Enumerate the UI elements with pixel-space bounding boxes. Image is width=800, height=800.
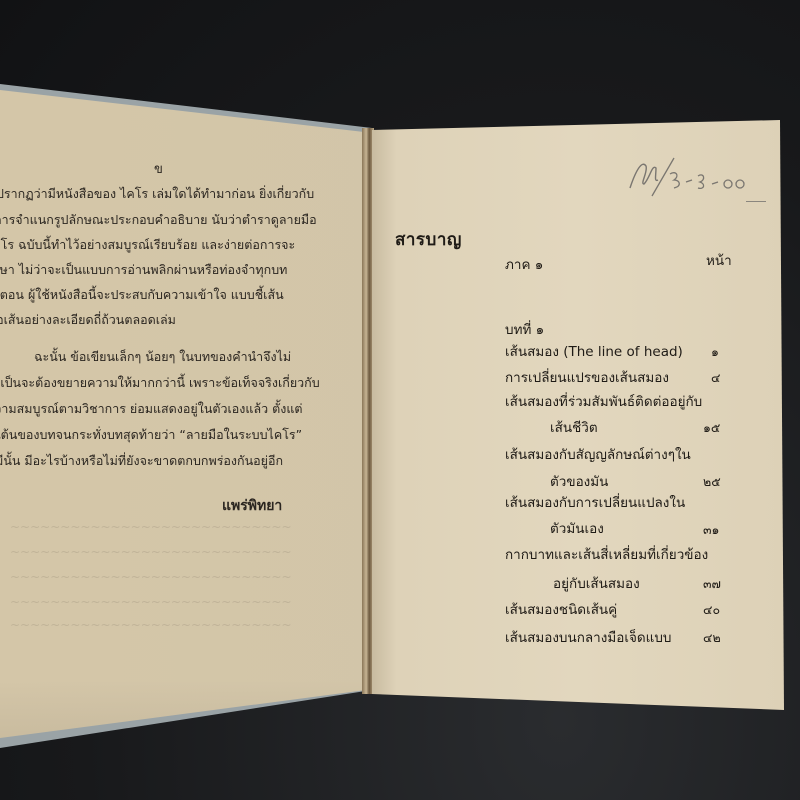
bleed-through-text: ~~~~~~~~~~~~~~~~~~~~~~~~~~~~ (10, 570, 292, 584)
toc-entry-page: ๓๑ (703, 520, 719, 540)
preface-signature: แพร่พิทยา (222, 495, 282, 517)
toc-entry-continuation: อยู่กับเส้นสมอง (553, 572, 640, 594)
toc-entry-continuation: เส้นชีวิต (550, 416, 598, 438)
left-page-marker: ข (154, 158, 163, 179)
preface-line: ปรากฏว่ามีหนังสือของ ไคโร เล่มใดได้ทำมาก… (0, 184, 314, 204)
toc-title: สารบาญ (395, 226, 462, 253)
toc-entry-page: ๒๕ (703, 472, 721, 492)
bleed-through-text: ~~~~~~~~~~~~~~~~~~~~~~~~~~~~ (10, 595, 292, 609)
bleed-through-text: ~~~~~~~~~~~~~~~~~~~~~~~~~~~~ (10, 545, 292, 559)
toc-chapter-label: บทที่ ๑ (505, 318, 544, 340)
toc-entry-title: กากบาทและเส้นสี่เหลี่ยมที่เกี่ยวข้อง (505, 543, 708, 565)
preface-line: การจำแนกรูปลักษณะประกอบคำอธิบาย นับว่าตำ… (0, 210, 317, 230)
toc-part-label: ภาค ๑ (505, 253, 543, 275)
toc-entry-page: ๔๐ (703, 600, 720, 620)
toc-entry-title: เส้นสมองชนิดเส้นคู่ (505, 598, 617, 620)
toc-entry-page: ๔ (711, 368, 720, 388)
bleed-through-text: ~~~~~~~~~~~~~~~~~~~~~~~~~~~~ (10, 520, 292, 534)
toc-entry-title: เส้นสมองกับการเปลี่ยนแปลงใน (505, 491, 685, 513)
toc-entry-page: ๑๕ (703, 418, 720, 438)
pencil-dash (746, 201, 766, 202)
toc-entry-title: เส้นสมองที่ร่วมสัมพันธ์ติดต่ออยู่กับ (505, 390, 702, 412)
preface-line: ศึกษา ไม่ว่าจะเป็นแบบการอ่านพลิกผ่านหรือ… (0, 260, 287, 280)
pencil-handwritten-note (626, 150, 766, 200)
preface-line: ต่อเส้นอย่างละเอียดถี่ถ้วนตลอดเล่ม (0, 310, 176, 330)
preface-line: ความสมบูรณ์ตามวิชาการ ย่อมแสดงอยู่ในตัวเ… (0, 399, 303, 419)
preface-line: ทุกตอน ผู้ใช้หนังสือนี้จะประสบกับความเข้… (0, 285, 284, 305)
preface-line: ฉะนั้น ข้อเขียนเล็กๆ น้อยๆ ในบทของคำนำจึ… (34, 347, 291, 367)
preface-line: นั้นมีนั้น มีอะไรบ้างหรือไม่ที่ยังจะขาดต… (0, 451, 283, 471)
preface-line: ไคโร ฉบับนี้ทำไว้อย่างสมบูรณ์เรียบร้อย แ… (0, 235, 295, 255)
toc-entry-title: เส้นสมอง (The line of head) (505, 340, 683, 362)
bleed-through-text: ~~~~~~~~~~~~~~~~~~~~~~~~~~~~ (10, 618, 292, 632)
right-page (372, 120, 784, 710)
preface-line: จำเป็นจะต้องขยายความให้มากกว่านี้ เพราะข… (0, 373, 320, 393)
toc-entry-title: การเปลี่ยนแปรของเส้นสมอง (505, 366, 669, 388)
toc-entry-title: เส้นสมองบนกลางมือเจ็ดแบบ (505, 626, 671, 648)
toc-entry-continuation: ตัวของมัน (550, 470, 608, 492)
toc-entry-page: ๔๒ (703, 628, 721, 648)
open-book: ~~~~~~~~~~~~~~~~~~~~~~~~~~~~ ~~~~~~~~~~~… (0, 0, 800, 800)
toc-page-column-header: หน้า (706, 249, 732, 271)
toc-entry-title: เส้นสมองกับสัญญลักษณ์ต่างๆใน (505, 443, 691, 465)
toc-entry-page: ๓๗ (703, 574, 721, 594)
toc-entry-page: ๑ (711, 342, 719, 362)
toc-entry-continuation: ตัวมันเอง (550, 517, 604, 539)
preface-line: ต้นต้นของบทจนกระทั่งบทสุดท้ายว่า “ลายมือ… (0, 425, 302, 445)
